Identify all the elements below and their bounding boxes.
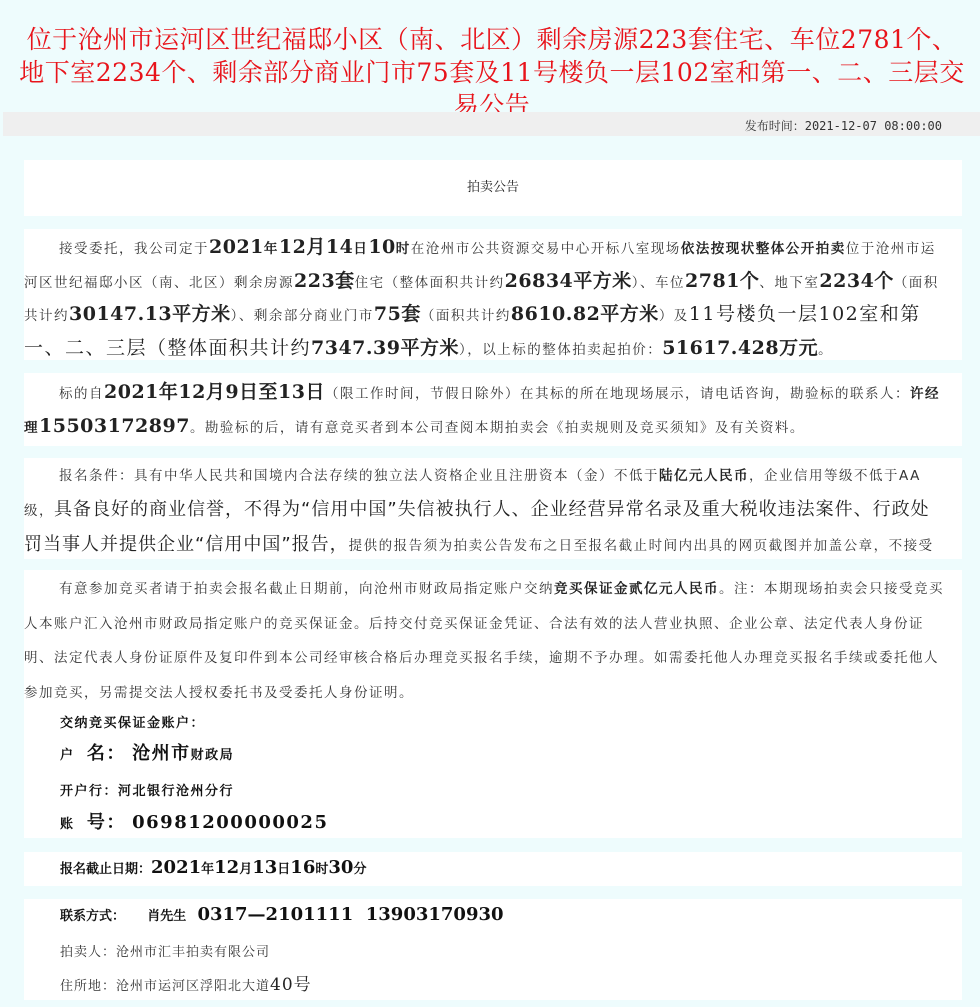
address-number: 40号 — [270, 975, 312, 995]
shop-area: 8610.82平方米 — [511, 303, 659, 325]
account-number-row: 账 号： 06981200000025 — [60, 808, 328, 834]
viewing-phone: 15503172897 — [39, 415, 190, 437]
text: 日 — [277, 862, 290, 877]
publish-meta-bar: 发布时间：2021-12-07 08:00:00 — [3, 112, 980, 136]
publish-time-label: 发布时间： — [745, 119, 805, 133]
account-name-row: 户 名： 沧州市财政局 — [60, 739, 234, 765]
page-title: 位于沧州市运河区世纪福邸小区（南、北区）剩余房源223套住宅、车位2781个、地… — [14, 23, 970, 122]
auctioneer-row: 拍卖人：沧州市汇丰拍卖有限公司 — [60, 941, 270, 960]
text: 在沧州市公共资源交易中心开标八室现场 — [411, 241, 681, 257]
auction-method: 依法按现状整体公开拍卖 — [681, 241, 846, 257]
text: 标的自 — [59, 386, 104, 402]
contact-section: 联系方式： 肖先生 0317—2101111 13903170930 拍卖人：沧… — [24, 899, 962, 1000]
contact-label: 联系方式： — [60, 909, 125, 924]
account-name: 沧州市 — [132, 743, 191, 764]
text: ）、剩余部分商业门市 — [231, 308, 374, 324]
auction-hour: 10 — [368, 236, 395, 258]
text: 号： — [87, 812, 126, 833]
text: 。注：本期现场拍卖会只接受竞买人本账户汇入沧州市财政局指定账户的竞买保证金。后持… — [24, 581, 944, 701]
registered-capital: 陆亿元人民币 — [659, 468, 749, 484]
contact-person: 肖先生 — [147, 909, 186, 924]
text: 月 — [306, 236, 326, 258]
paragraph-conditions: 报名条件：具有中华人民共和国境内合法存续的独立法人资格企业且注册资本（金）不低于… — [24, 458, 962, 559]
text: 。 — [818, 342, 833, 358]
deadline-hour: 16 — [290, 857, 315, 878]
shop-count: 75套 — [374, 303, 421, 325]
auctioneer-label: 拍卖人： — [60, 945, 116, 960]
paragraph-deposit: 有意参加竞买者请于拍卖会报名截止日期前，向沧州市财政局指定账户交纳竞买保证金贰亿… — [24, 570, 962, 838]
auction-year: 2021 — [209, 236, 264, 258]
text: 名： — [87, 743, 126, 764]
text: 时 — [315, 862, 328, 877]
text: 。勘验标的后，请有意竞买者到本公司查阅本期拍卖会《拍卖规则及竞买须知》及有关资料… — [190, 420, 805, 436]
text: 报名条件：具有中华人民共和国境内合法存续的独立法人资格企业且注册资本（金）不低于 — [59, 468, 659, 484]
account-heading: 交纳竞买保证金账户： — [60, 712, 205, 731]
contact-phones[interactable]: 0317—2101111 13903170930 — [197, 904, 503, 925]
basement-area: 30147.13平方米 — [69, 303, 231, 325]
text: 户 — [60, 748, 75, 763]
address-row: 住所地：沧州市运河区浮阳北大道40号 — [60, 970, 312, 995]
basement-count: 2234个 — [819, 270, 893, 292]
registration-deadline: 报名截止日期：2021年12月13日16时30分 — [24, 852, 962, 886]
text: ）、车位 — [632, 275, 685, 291]
auction-month: 12 — [279, 236, 306, 258]
address-value: 沧州市运河区浮阳北大道 — [116, 979, 270, 994]
publish-time: 发布时间：2021-12-07 08:00:00 — [745, 117, 942, 134]
deadline-label: 报名截止日期： — [60, 862, 151, 877]
text: 交纳竞买保证金账户： — [60, 716, 205, 731]
deadline-year: 2021 — [151, 857, 201, 878]
building-11-area: 7347.39平方米 — [311, 337, 459, 359]
text: （限工作时间，节假日除外）在其标的所在地现场展示，请电话咨询，勘验标的联系人： — [325, 386, 910, 402]
house-count: 223套 — [294, 270, 355, 292]
text: 接受委托，我公司定于 — [59, 241, 209, 257]
text: （面积共计约 — [421, 308, 511, 324]
text: 住宅（整体面积共计约 — [355, 275, 505, 291]
text: ）及 — [659, 308, 689, 324]
auction-day: 14 — [326, 236, 353, 258]
deadline-minute: 30 — [328, 857, 353, 878]
deposit-amount: 竞买保证金贰亿元人民币 — [554, 581, 719, 597]
viewing-dates: 2021年12月9日至13日 — [104, 381, 325, 403]
text: 分 — [353, 862, 366, 877]
text: 有意参加竞买者请于拍卖会报名截止日期前，向沧州市财政局指定账户交纳 — [59, 581, 554, 597]
text: 年 — [264, 241, 279, 257]
auctioneer-name: 沧州市汇丰拍卖有限公司 — [116, 945, 270, 960]
paragraph-viewing: 标的自2021年12月9日至13日（限工作时间，节假日除外）在其标的所在地现场展… — [24, 373, 962, 446]
account-number: 06981200000025 — [132, 812, 328, 833]
text: 账 — [60, 817, 75, 832]
starting-price: 51617.428万元 — [662, 337, 818, 359]
text: 日 — [353, 241, 368, 257]
text: 年 — [201, 862, 214, 877]
parking-count: 2781个 — [685, 270, 759, 292]
house-area: 26834平方米 — [505, 270, 632, 292]
contact-row: 联系方式： 肖先生 0317—2101111 13903170930 — [60, 904, 504, 925]
paragraph-auction-details: 接受委托，我公司定于2021年12月14日10时在沧州市公共资源交易中心开标八室… — [24, 229, 962, 360]
deadline-day: 13 — [252, 857, 277, 878]
account-bank-row: 开户行：河北银行沧州分行 — [60, 780, 234, 799]
address-label: 住所地： — [60, 979, 116, 994]
text: ），以上标的整体拍卖起拍价： — [459, 342, 662, 358]
text: 、地下室 — [759, 275, 819, 291]
bank-name: 河北银行沧州分行 — [118, 784, 234, 799]
notice-heading: 拍卖公告 — [24, 160, 962, 216]
publish-time-value: 2021-12-07 08:00:00 — [805, 119, 942, 133]
deadline-month: 12 — [214, 857, 239, 878]
account-name: 财政局 — [191, 748, 235, 763]
text: 时 — [396, 241, 411, 257]
text: 开户行： — [60, 784, 118, 799]
text: 月 — [239, 862, 252, 877]
